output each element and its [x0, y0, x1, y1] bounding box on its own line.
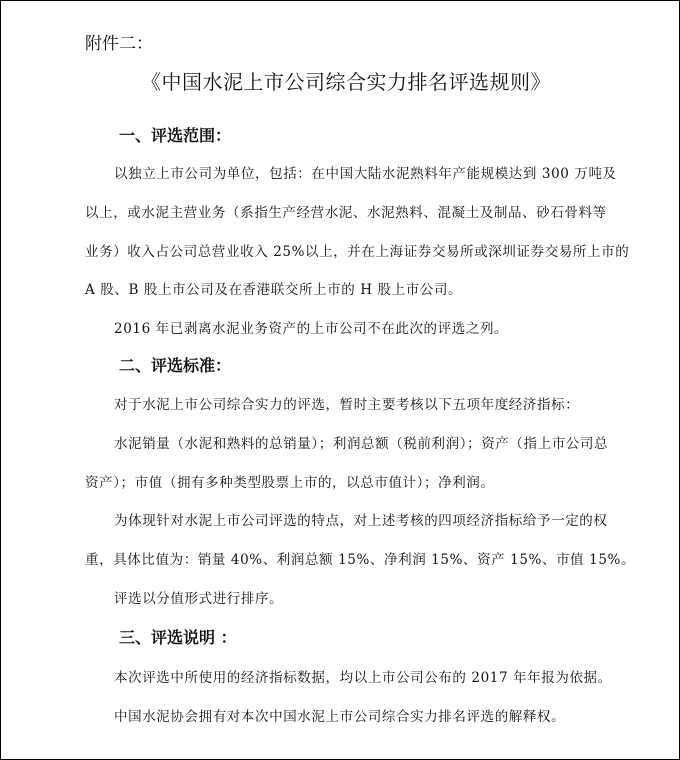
- paragraph-line: 评选以分值形式进行排序。: [114, 587, 283, 607]
- paragraph-line: A 股、B 股上市公司及在香港联交所上市的 H 股上市公司。: [85, 278, 462, 298]
- paragraph-line: 为体现针对水泥上市公司评选的特点，对上述考核的四项经济指标给予一定的权: [114, 509, 608, 529]
- attachment-label: 附件二：: [85, 29, 153, 54]
- document-page: 附件二： 《中国水泥上市公司综合实力排名评选规则》 一、评选范围： 以独立上市公…: [0, 0, 680, 760]
- section-heading-notes: 三、评选说明 ：: [119, 625, 237, 648]
- paragraph-line: 以独立上市公司为单位，包括：在中国大陆水泥熟料年产能规模达到 300 万吨及: [114, 162, 617, 182]
- paragraph-line: 对于水泥上市公司综合实力的评选，暂时主要考核以下五项年度经济指标：: [114, 393, 579, 413]
- section-heading-scope: 一、评选范围：: [119, 123, 231, 146]
- paragraph-line: 重，具体比值为：销量 40%、利润总额 15%、净利润 15%、资产 15%、市…: [85, 548, 635, 568]
- section-heading-criteria: 二、评选标准：: [119, 353, 231, 376]
- paragraph-line: 2016 年已剥离水泥业务资产的上市公司不在此次的评选之列。: [114, 317, 508, 337]
- paragraph-line: 以上，或水泥主营业务（系指生产经营水泥、水泥熟料、混凝土及制品、砂石骨料等: [85, 201, 607, 221]
- paragraph-line: 中国水泥协会拥有对本次中国水泥上市公司综合实力排名评选的解释权。: [114, 705, 565, 725]
- paragraph-line: 水泥销量（水泥和熟料的总销量）；利润总额（税前利润）；资产（指上市公司总: [114, 432, 608, 452]
- paragraph-line: 本次评选中所使用的经济指标数据，均以上市公司公布的 2017 年年报为依据。: [114, 666, 612, 686]
- paragraph-line: 资产）；市值（拥有多种类型股票上市的，以总市值计）；净利润。: [85, 471, 495, 491]
- paragraph-line: 业务）收入占公司总营业收入 25%以上，并在上海证券交易所或深圳证券交易所上市的: [85, 240, 629, 260]
- document-title: 《中国水泥上市公司综合实力排名评选规则》: [141, 66, 551, 95]
